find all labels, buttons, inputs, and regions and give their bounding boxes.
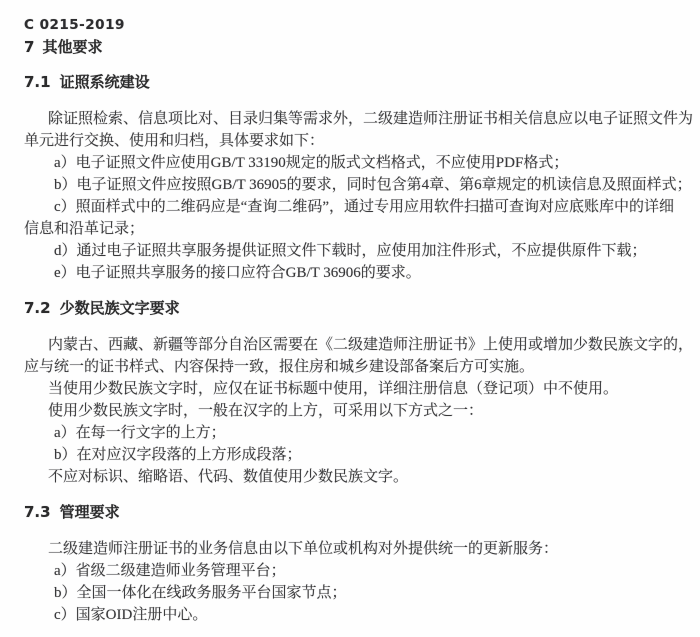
section-7-3-number: 7.3 xyxy=(24,503,51,521)
list-item-a: a）在每一行文字的上方； xyxy=(24,422,686,444)
section-7-2: 7.2少数民族文字要求 内蒙古、西藏、新疆等部分自治区需要在《二级建造师注册证书… xyxy=(24,297,686,488)
list-item-b: b）在对应汉字段落的上方形成段落； xyxy=(24,444,686,466)
list-item-a: a）电子证照文件应使用GB/T 33190规定的版式文档格式，不应使用PDF格式… xyxy=(24,152,686,174)
list-item-c: c）国家OID注册中心。 xyxy=(24,604,686,626)
paragraph-line: 使用少数民族文字时，一般在汉字的上方，可采用以下方式之一： xyxy=(24,400,686,422)
chapter-title: 其他要求 xyxy=(42,38,102,56)
paragraph-line: 不应对标识、缩略语、代码、数值使用少数民族文字。 xyxy=(24,466,686,488)
list-item-b: b）全国一体化在线政务服务平台国家节点； xyxy=(24,582,686,604)
paragraph-line: 除证照检索、信息项比对、目录归集等需求外，二级建造师注册证书相关信息应以电子证照… xyxy=(24,108,686,130)
chapter-heading: 7其他要求 xyxy=(24,36,686,58)
list-item-c: c）照面样式中的二维码应是“查询二维码”，通过专用应用软件扫描可查询对应底账库中… xyxy=(24,196,686,218)
section-7-2-number: 7.2 xyxy=(24,299,51,317)
section-7-3-title: 管理要求 xyxy=(60,503,120,521)
list-item-b: b）电子证照文件应按照GB/T 36905的要求，同时包含第4章、第6章规定的机… xyxy=(24,174,686,196)
section-7-2-heading: 7.2少数民族文字要求 xyxy=(24,297,686,319)
paragraph-line: 二级建造师注册证书的业务信息由以下单位或机构对外提供统一的更新服务： xyxy=(24,538,686,560)
paragraph-line: 当使用少数民族文字时，应仅在证书标题中使用，详细注册信息（登记项）中不使用。 xyxy=(24,378,686,400)
section-7-3: 7.3管理要求 二级建造师注册证书的业务信息由以下单位或机构对外提供统一的更新服… xyxy=(24,501,686,626)
section-7-2-title: 少数民族文字要求 xyxy=(60,299,180,317)
document-page: C 0215-2019 7其他要求 7.1证照系统建设 除证照检索、信息项比对、… xyxy=(0,0,700,637)
paragraph-line: 单元进行交换、使用和归档，具体要求如下： xyxy=(24,130,686,152)
section-7-1-heading: 7.1证照系统建设 xyxy=(24,71,686,93)
paragraph-line: 内蒙古、西藏、新疆等部分自治区需要在《二级建造师注册证书》上使用或增加少数民族文… xyxy=(24,334,686,356)
section-7-3-heading: 7.3管理要求 xyxy=(24,501,686,523)
chapter-number: 7 xyxy=(24,38,34,56)
section-7-1-number: 7.1 xyxy=(24,73,51,91)
list-item-e: e）电子证照共享服务的接口应符合GB/T 36906的要求。 xyxy=(24,262,686,284)
paragraph-line: 应与统一的证书样式、内容保持一致，报住房和城乡建设部备案后方可实施。 xyxy=(24,356,686,378)
list-item-d: d）通过电子证照共享服务提供证照文件下载时，应使用加注件形式，不应提供原件下载； xyxy=(24,240,686,262)
section-7-1: 7.1证照系统建设 除证照检索、信息项比对、目录归集等需求外，二级建造师注册证书… xyxy=(24,71,686,284)
list-item-a: a）省级二级建造师业务管理平台； xyxy=(24,560,686,582)
doc-code: C 0215-2019 xyxy=(24,14,686,36)
section-7-1-title: 证照系统建设 xyxy=(60,73,150,91)
list-item-c-continued: 信息和沿革记录； xyxy=(24,218,686,240)
